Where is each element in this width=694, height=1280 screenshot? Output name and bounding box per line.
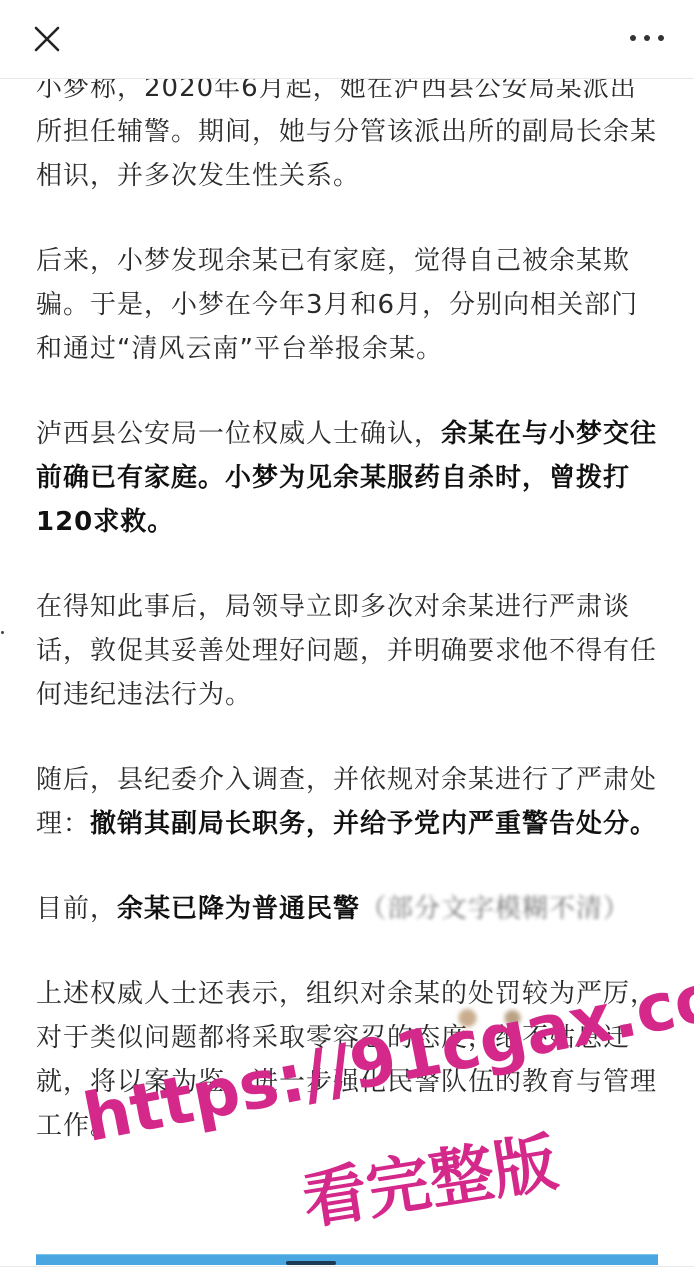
- blurred-text: （部分文字模糊不清）: [360, 894, 630, 924]
- article-paragraph: 后来，小梦发现余某已有家庭，觉得自己被余某欺骗。于是，小梦在今年3月和6月，分别…: [36, 239, 660, 371]
- close-button[interactable]: [30, 22, 64, 56]
- paragraph-text: 后来，小梦发现余某已有家庭，觉得自己被余某欺骗。于是，小梦在今年3月和6月，分别…: [36, 246, 638, 364]
- more-options-icon-dot: [658, 35, 664, 41]
- paragraph-text: 在得知此事后，局领导立即多次对余某进行严肃谈话，敦促其妥善处理好问题，并明确要求…: [36, 592, 657, 710]
- article-paragraph: 泸西县公安局一位权威人士确认，余某在与小梦交往前确已有家庭。小梦为见余某服药自杀…: [36, 412, 660, 544]
- more-options-icon-dot: [644, 35, 650, 41]
- article-paragraph: 在得知此事后，局领导立即多次对余某进行严肃谈话，敦促其妥善处理好问题，并明确要求…: [36, 585, 660, 717]
- close-icon: [30, 22, 64, 56]
- article-paragraph: 目前，余某已降为普通民警（部分文字模糊不清）: [36, 887, 660, 931]
- article-paragraph: 上述权威人士还表示，组织对余某的处罚较为严厉，对于类似问题都将采取零容忍的态度，…: [36, 972, 660, 1148]
- paragraph-text: 上述权威人士还表示，组织对余某的处罚较为严厉，对于类似问题都将采取零容忍的态度，…: [36, 979, 657, 1141]
- article-body: 小梦称，2020年6月起，她在泸西县公安局某派出所担任辅警。期间，她与分管该派出…: [36, 66, 660, 1189]
- more-options-icon-dot: [630, 35, 636, 41]
- article-paragraph: 随后，县纪委介入调查，并依规对余某进行了严肃处理：撤销其副局长职务，并给予党内严…: [36, 758, 660, 846]
- article-paragraph: 小梦称，2020年6月起，她在泸西县公安局某派出所担任辅警。期间，她与分管该派出…: [36, 66, 660, 198]
- divider: [0, 1266, 694, 1267]
- emphasized-text: 余某已降为普通民警: [117, 894, 360, 924]
- image-detail: [286, 1261, 336, 1265]
- paragraph-text: 泸西县公安局一位权威人士确认，: [36, 419, 441, 449]
- embedded-image-top-edge: [36, 1254, 658, 1265]
- more-options-button[interactable]: [630, 30, 664, 46]
- top-navigation-bar: [0, 0, 694, 79]
- stray-dot: [1, 631, 4, 634]
- emphasized-text: 撤销其副局长职务，并给予党内严重警告处分。: [90, 809, 657, 839]
- blurred-image-artifact: [400, 1000, 550, 1036]
- paragraph-text: 目前，: [36, 894, 117, 924]
- paragraph-text: 小梦称，2020年6月起，她在泸西县公安局某派出所担任辅警。期间，她与分管该派出…: [36, 73, 657, 191]
